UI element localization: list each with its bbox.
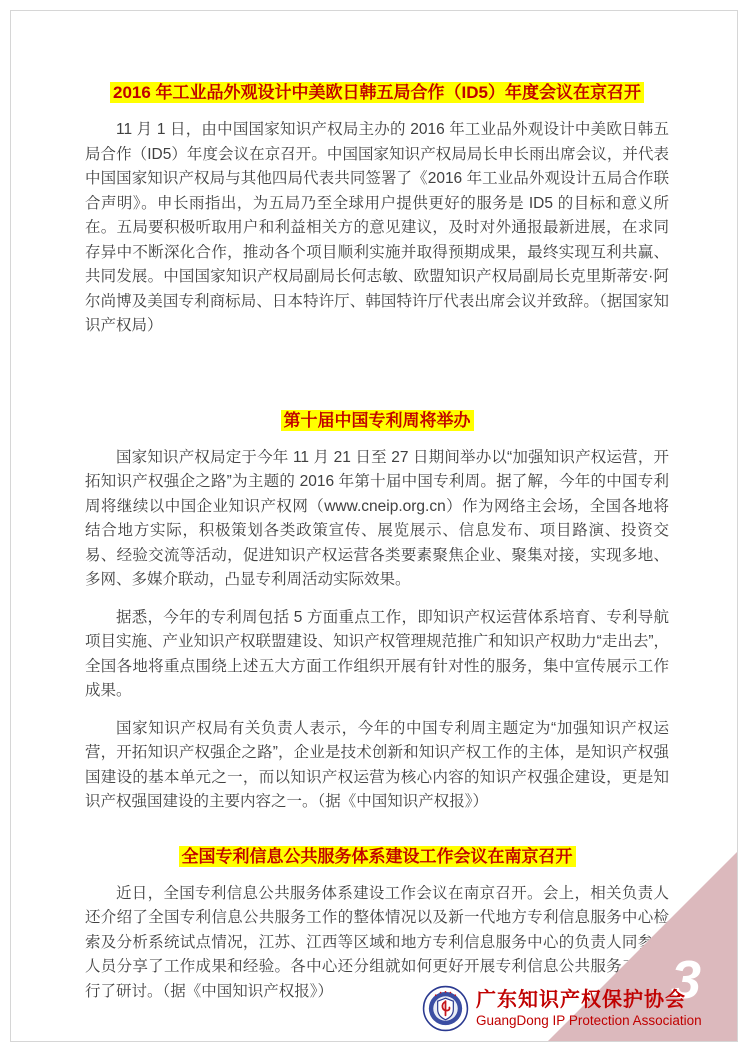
- article-3-title: 全国专利信息公共服务体系建设工作会议在南京召开: [85, 845, 669, 869]
- footer-brand-text: 广东知识产权保护协会 GuangDong IP Protection Assoc…: [476, 988, 702, 1029]
- article-2-paragraph-2: 据悉，今年的专利周包括 5 方面重点工作，即知识产权运营体系培育、专利导航项目实…: [85, 606, 669, 704]
- article-3-title-text: 全国专利信息公共服务体系建设工作会议在南京召开: [179, 846, 576, 867]
- article-2-title-text: 第十届中国专利周将举办: [281, 410, 474, 431]
- page-content: 2016 年工业品外观设计中美欧日韩五局合作（ID5）年度会议在京召开 11 月…: [85, 11, 669, 1004]
- document-page: 3 2016 年工业品外观设计中美欧日韩五局合作（ID5）年度会议在京召开 11…: [10, 10, 738, 1042]
- org-name-cn: 广东知识产权保护协会: [476, 988, 702, 1012]
- article-1-title: 2016 年工业品外观设计中美欧日韩五局合作（ID5）年度会议在京召开: [85, 81, 669, 105]
- article-2-paragraph-1: 国家知识产权局定于今年 11 月 21 日至 27 日期间举办以“加强知识产权运…: [85, 446, 669, 593]
- article-2-title: 第十届中国专利周将举办: [85, 409, 669, 433]
- org-name-en: GuangDong IP Protection Association: [476, 1012, 702, 1029]
- article-1-title-text: 2016 年工业品外观设计中美欧日韩五局合作（ID5）年度会议在京召开: [110, 82, 644, 103]
- gdipa-badge-logo-icon: [422, 985, 469, 1032]
- footer-brand: 广东知识产权保护协会 GuangDong IP Protection Assoc…: [422, 985, 702, 1032]
- article-2-paragraph-3: 国家知识产权局有关负责人表示，今年的中国专利周主题定为“加强知识产权运营，开拓知…: [85, 717, 669, 815]
- article-1-paragraph-1: 11 月 1 日，由中国国家知识产权局主办的 2016 年工业品外观设计中美欧日…: [85, 118, 669, 339]
